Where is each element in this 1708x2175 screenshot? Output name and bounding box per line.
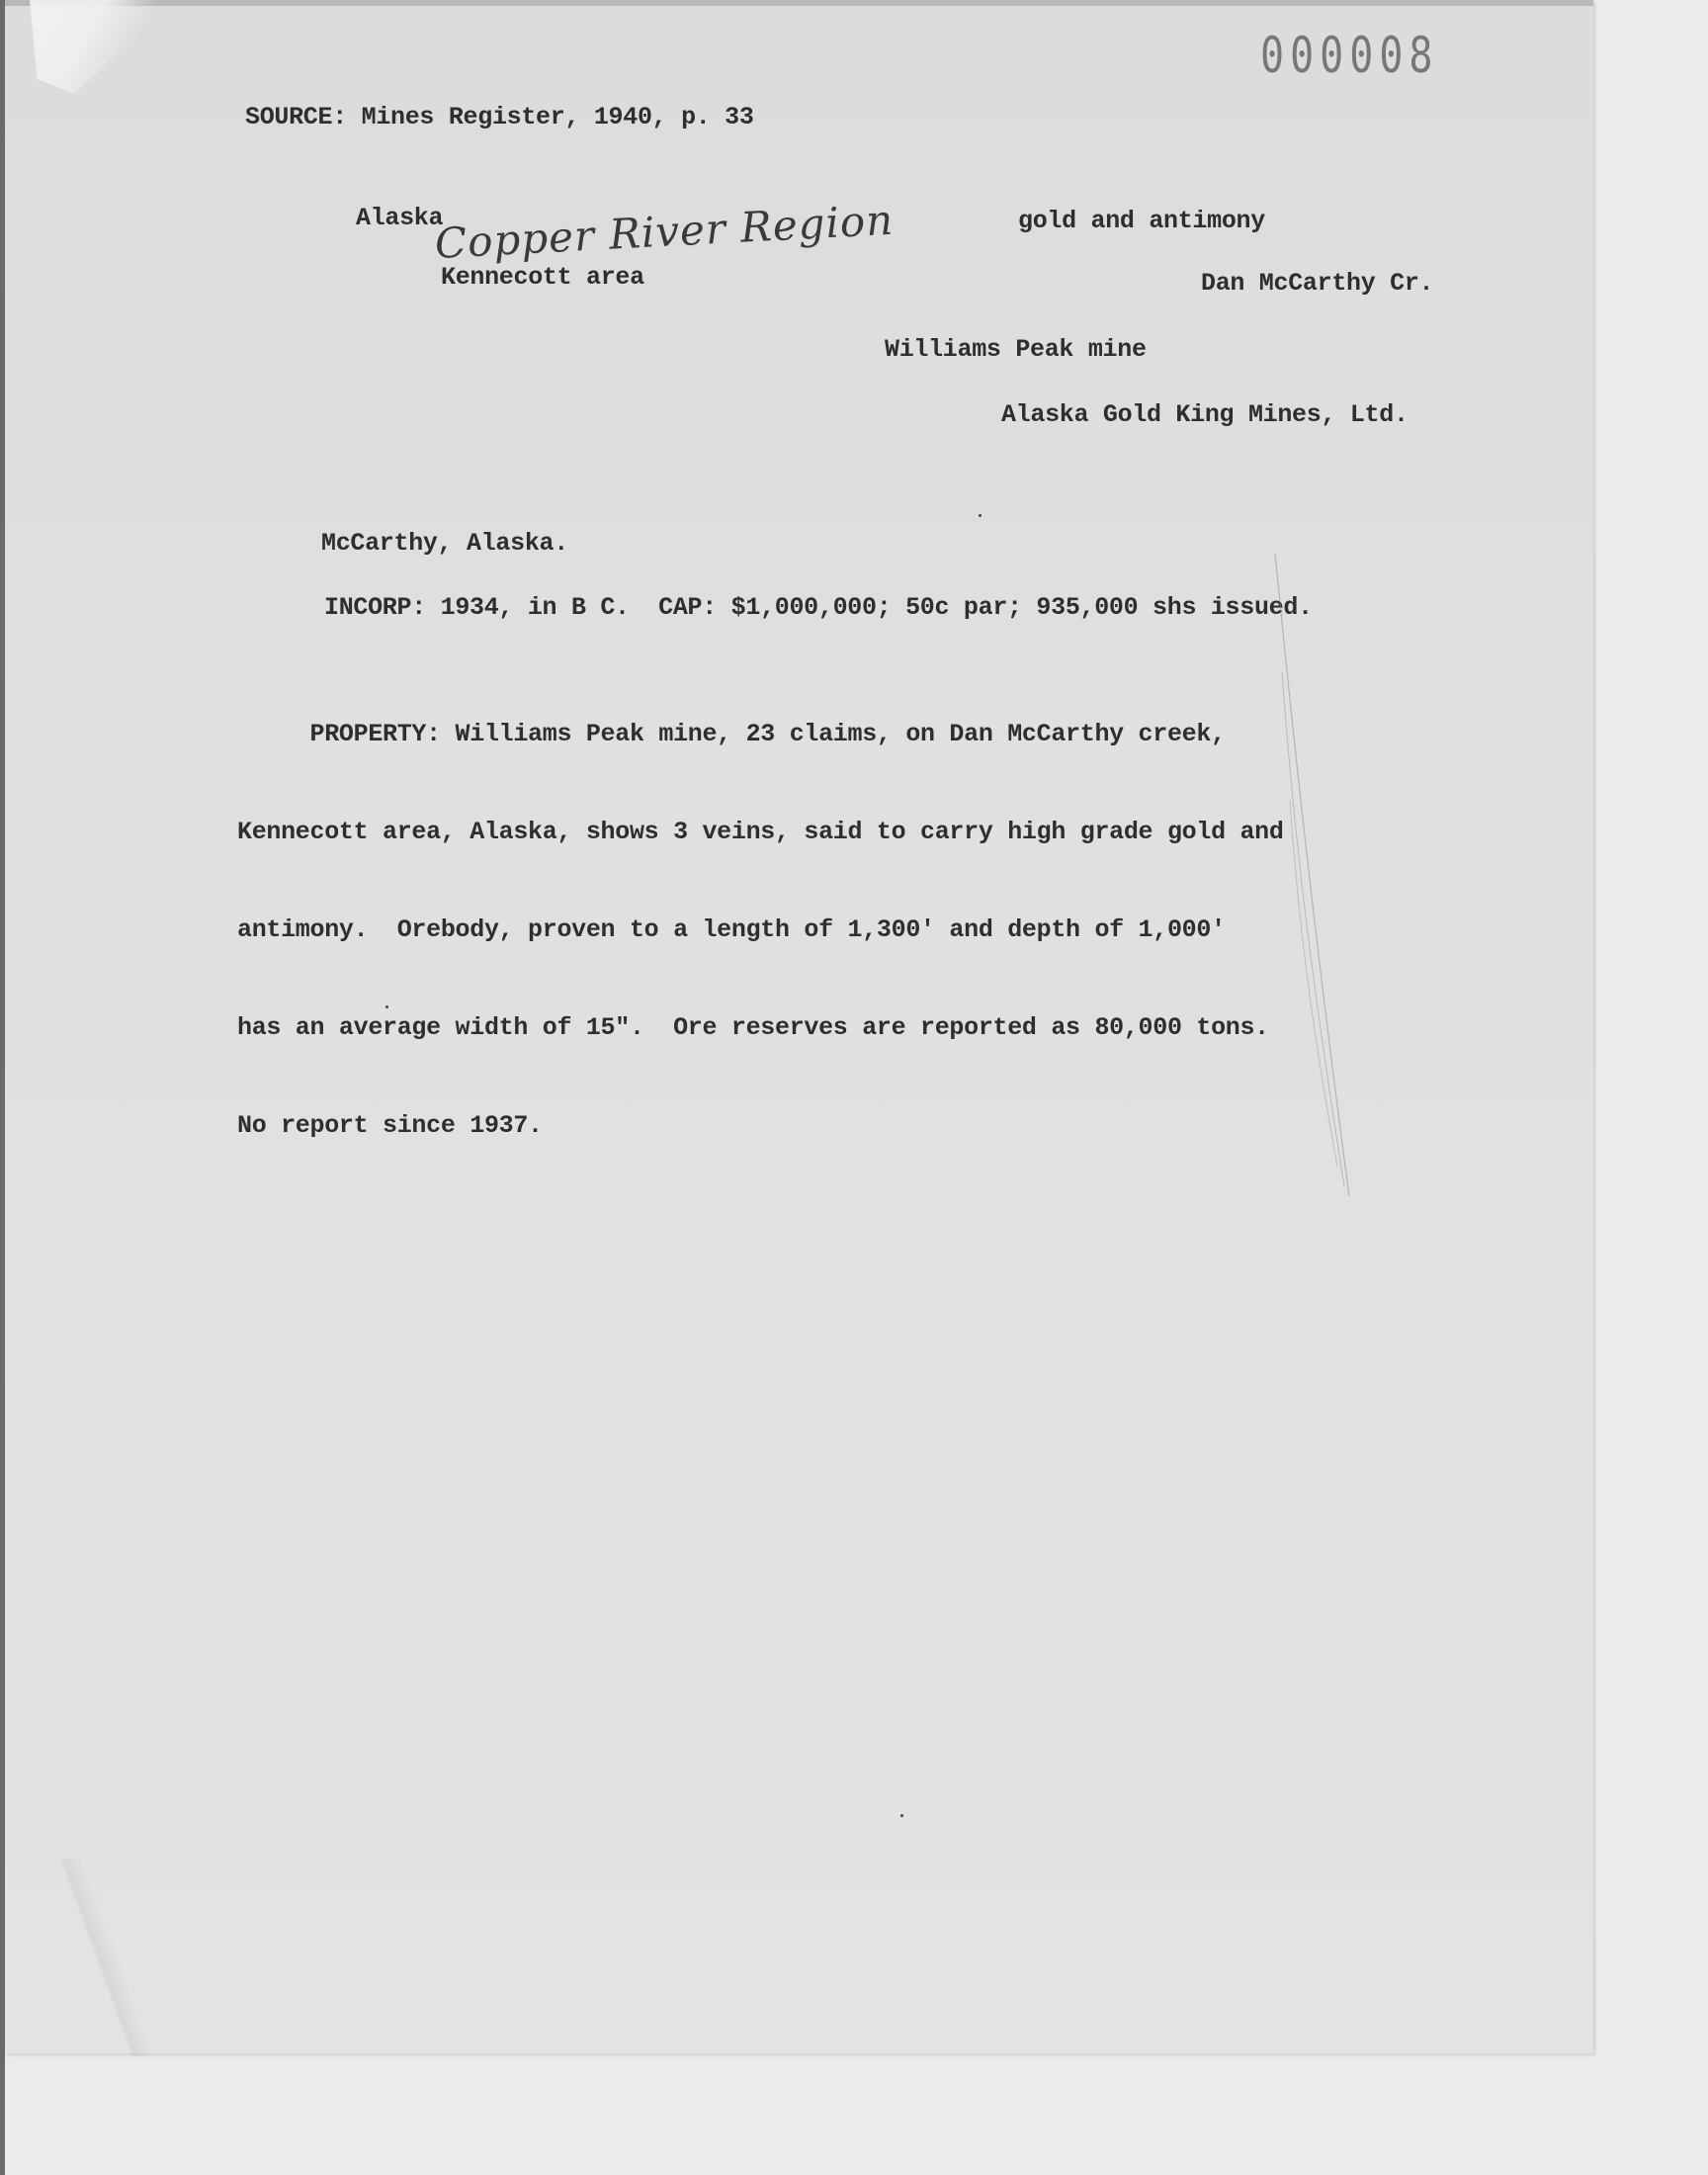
commodities-label: gold and antimony [1018, 207, 1265, 235]
state-label: Alaska [356, 204, 443, 232]
page-stamp-number: 000008 [1260, 28, 1439, 85]
mine-name-label: Williams Peak mine [885, 335, 1147, 364]
source-line: SOURCE: Mines Register, 1940, p. 33 [245, 103, 754, 131]
creek-label: Dan McCarthy Cr. [1201, 269, 1433, 298]
pencil-stroke-mark [1270, 554, 1359, 1196]
company-label: Alaska Gold King Mines, Ltd. [1001, 400, 1409, 429]
torn-corner [15, 0, 163, 99]
paper-speck [979, 514, 982, 517]
area-label: Kennecott area [441, 263, 644, 292]
paper-speck [900, 1814, 903, 1817]
address-line: McCarthy, Alaska. [321, 529, 568, 558]
page-fold [35, 1859, 163, 2056]
paper-speck [385, 1005, 388, 1008]
incorporation-line: INCORP: 1934, in B C. CAP: $1,000,000; 5… [324, 593, 1313, 622]
